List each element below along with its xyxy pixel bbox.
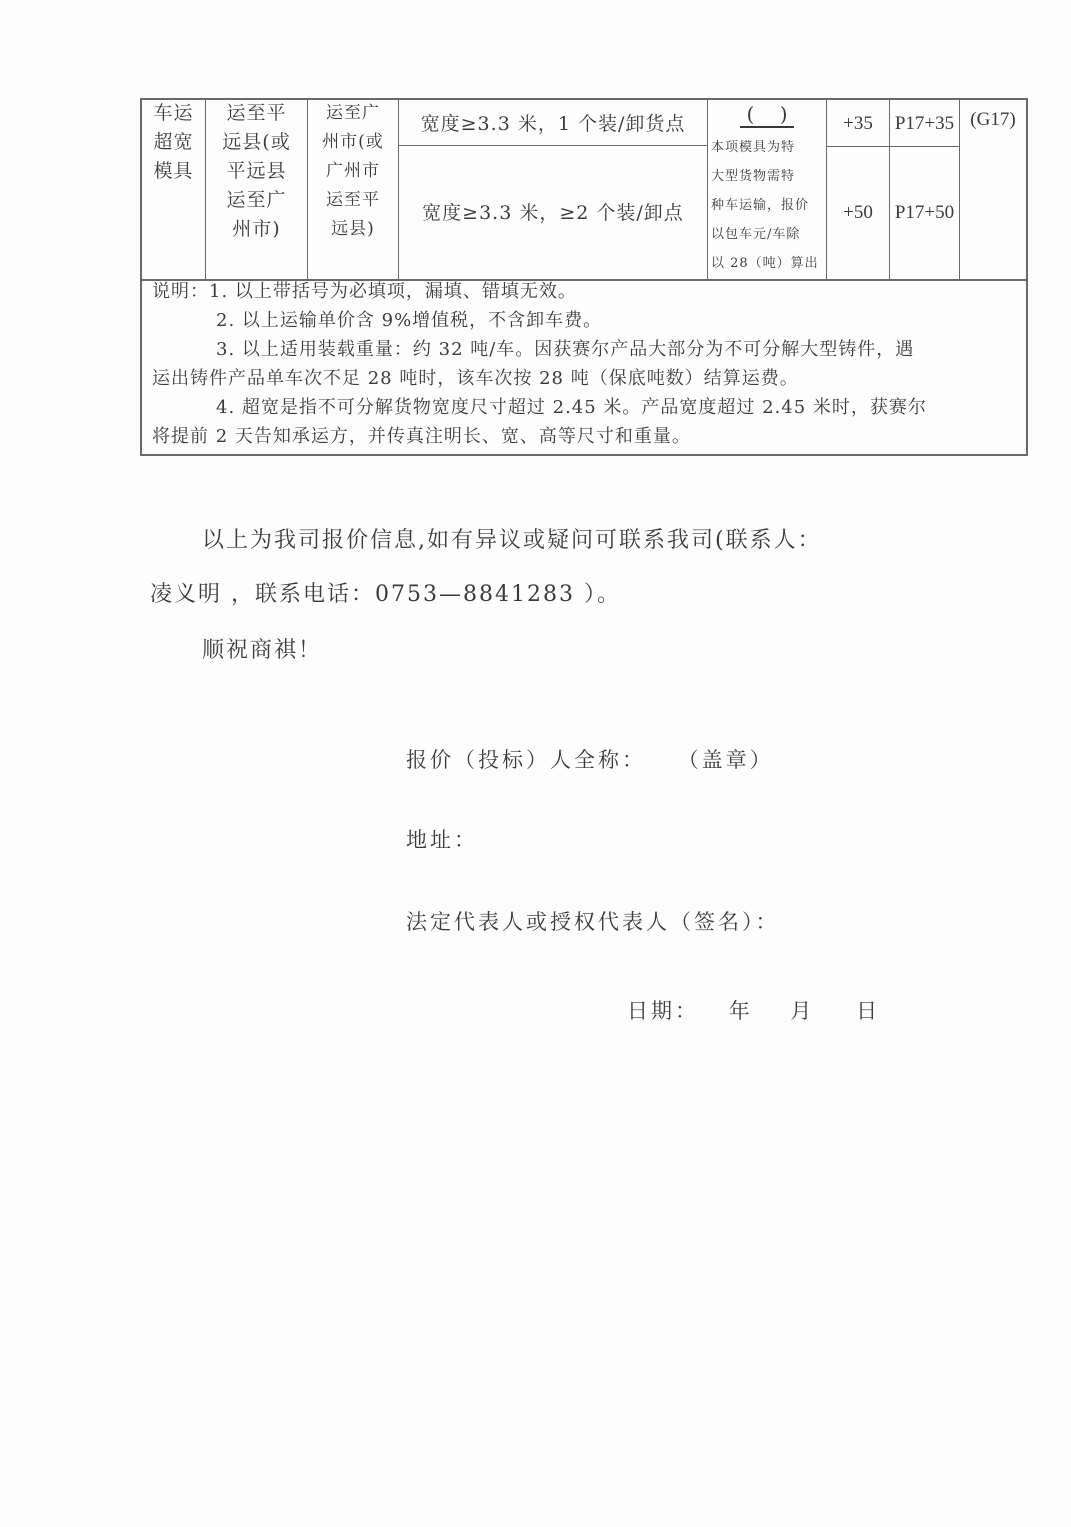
address-field[interactable]: 地址： <box>406 824 478 854</box>
price-note-line: 本项模具为特 <box>711 133 826 162</box>
note-line-1: 说明：1. 以上带括号为必填项，漏填、错填无效。 <box>152 277 1018 306</box>
contact-line-1: 以上为我司报价信息,如有异议或疑问可联系我司(联系人： <box>202 523 822 554</box>
cell-route-b: 运至广 州市(或 广州市 运至平 远县) <box>308 99 398 244</box>
cell-formula-1: P17+35 <box>890 113 959 135</box>
price-blank[interactable]: ( ) <box>740 102 793 128</box>
cell-surcharge-1: +35 <box>827 113 889 135</box>
date-label: 日期： <box>627 999 699 1023</box>
note-line-2: 2. 以上运输单价含 9%增值税，不含卸车费。 <box>152 306 1018 335</box>
cell-spec-2: 宽度≥3.3 米，≥2 个装/卸点 <box>399 198 707 225</box>
price-note-line: 以包车元/车除 <box>711 220 826 249</box>
note-line-6: 将提前 2 天告知承运方，并传真注明长、宽、高等尺寸和重量。 <box>152 422 1018 451</box>
cell-formula-2: P17+50 <box>890 202 959 224</box>
cell-spec-1: 宽度≥3.3 米，1 个装/卸货点 <box>399 109 707 136</box>
cell-surcharge-2: +50 <box>827 202 889 224</box>
table-border-right <box>1026 98 1028 456</box>
note-line-4: 运出铸件产品单车次不足 28 吨时，该车次按 28 吨（保底吨数）结算运费。 <box>152 364 1018 393</box>
date-day: 日 <box>856 999 880 1023</box>
note-line-5: 4. 超宽是指不可分解货物宽度尺寸超过 2.45 米。产品宽度超过 2.45 米… <box>152 393 1018 422</box>
price-note-line: 大型货物需特 <box>711 162 826 191</box>
representative-label: 法定代表人或授权代表人（签名）： <box>406 910 780 934</box>
closing-greeting: 顺祝商祺！ <box>202 633 322 664</box>
price-note-line: 种车运输，报价 <box>711 191 826 220</box>
cell-category: 车运 超宽 模具 <box>142 99 205 186</box>
price-note: 本项模具为特 大型货物需特 种车运输，报价 以包车元/车除 以 28（吨）算出 <box>711 133 826 278</box>
price-note-line: 以 28（吨）算出 <box>711 249 826 278</box>
row-split-spec <box>398 145 708 146</box>
bidder-label: 报价（投标）人全称： <box>406 748 646 772</box>
notes-block: 说明：1. 以上带括号为必填项，漏填、错填无效。 2. 以上运输单价含 9%增值… <box>152 277 1018 451</box>
bidder-name-field[interactable]: 报价（投标）人全称： （盖章） <box>406 744 774 774</box>
table-border-bottom <box>140 454 1028 456</box>
representative-field[interactable]: 法定代表人或授权代表人（签名）： <box>406 906 780 936</box>
address-label: 地址： <box>406 828 478 852</box>
price-input-blank[interactable]: ( ) <box>708 102 826 128</box>
cell-reference: (G17) <box>960 109 1026 131</box>
cell-route-a: 运至平 远县(或 平远县 运至广 州市) <box>206 99 307 244</box>
note-line-3: 3. 以上适用装载重量：约 32 吨/车。因获赛尔产品大部分为不可分解大型铸件，… <box>152 335 1018 364</box>
date-month: 月 <box>790 999 814 1023</box>
date-year: 年 <box>729 999 753 1023</box>
row-split-values <box>826 146 960 147</box>
contact-line-2: 凌义明 ，联系电话：0753—8841283 ）。 <box>150 577 621 608</box>
seal-label: （盖章） <box>678 748 774 772</box>
date-field[interactable]: 日期： 年 月 日 <box>627 995 880 1025</box>
